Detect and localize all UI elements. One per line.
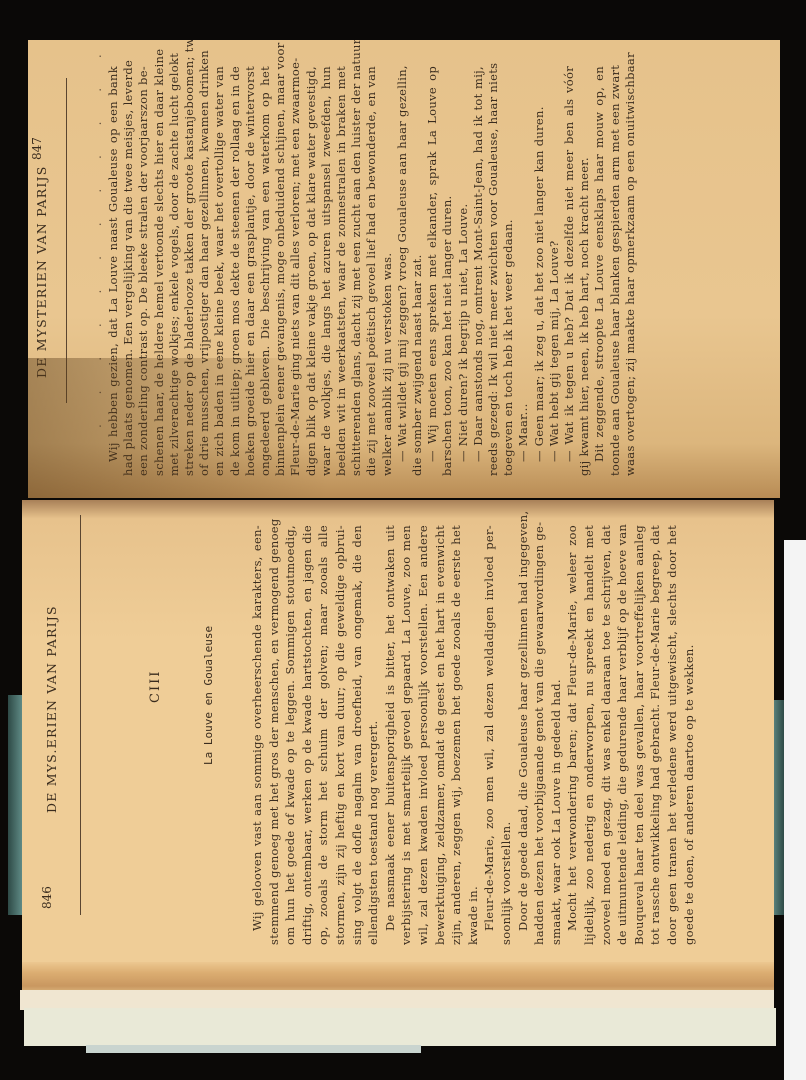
header-rule <box>80 515 81 915</box>
text-line: smaakt, waar ook La Louve in gedeeld had… <box>549 679 563 945</box>
text-line: Wij hebben gezien, dat La Louve naast Go… <box>106 66 120 462</box>
text-line: sing volgt de dofle nagalm van droefheid… <box>350 525 364 945</box>
page-edges <box>22 962 774 992</box>
page-846: 846 DE MYS.ERIEN VAN PARIJS CIII La Louv… <box>22 500 774 965</box>
text-line: hadden dezen het voorbijgaande genot van… <box>532 525 546 945</box>
text-line: een zonderling contrast op. De bleeke st… <box>136 66 150 476</box>
text-line: ongedeerd gebleven. Die beschrijving van… <box>258 66 272 476</box>
text-line: digen blik op dat kleine vakje groen, op… <box>304 66 318 476</box>
book-edge-left <box>8 695 22 915</box>
text-line: Fleur-de-Marie, zoo men wil, zal dezen w… <box>482 525 496 931</box>
text-line: stormen, zijn zij heftig en kort van duu… <box>333 525 347 945</box>
text-line: welker aanblik zij nu verstoken was. <box>380 253 394 476</box>
text-line: — Wat ik tegen u heb? Dat ik dezelfde ni… <box>562 66 576 462</box>
text-line: binnenplein eener gevangenis, moge onbed… <box>273 66 287 476</box>
text-line: — Wat wildet gij mij zeggen? vroeg Goual… <box>395 66 409 462</box>
text-line: — Niet duren? ik begrijp u niet, La Louv… <box>456 204 470 462</box>
text-line: schenen haar, de heldere hemel vertoonde… <box>152 66 166 476</box>
page-847-text: 847 DE MYSTERIEN VAN PARIJS . . . . . . … <box>28 40 780 498</box>
text-line: tot rassche ontwikkeling had gebracht. F… <box>648 525 662 945</box>
scanner-bed <box>784 540 806 1080</box>
endpaper <box>24 1008 776 1046</box>
text-line: had plaats genomen. Een vergelijking van… <box>121 66 135 476</box>
text-line: Mocht het verwondering baren; dat Fleur-… <box>565 525 579 931</box>
text-line: hoeken groeide hier en daar een grasplan… <box>243 66 257 476</box>
text-line: en zich baden in eene kleine beek, waar … <box>212 66 226 476</box>
text-line: verbijstering is met smartelijk gevoel g… <box>399 525 413 945</box>
text-line: toonde aan Goualeuse haar blanken gespie… <box>608 66 622 476</box>
text-line: soonlijk voorstellen. <box>499 822 513 945</box>
text-line: waar de wolkjes, die langs het azuren ui… <box>319 66 333 476</box>
text-line: Door de goede daad, die Goualeuse haar g… <box>516 525 530 931</box>
text-line: zijn, anderen, zeggen wij, boezemen het … <box>449 525 463 945</box>
text-line: Bouqueval haar ten deel was gevallen, ha… <box>632 525 646 945</box>
page-846-text: 846 DE MYS.ERIEN VAN PARIJS CIII La Louv… <box>22 500 774 965</box>
text-line: die somber zwijgend naast haar zat. <box>410 254 424 476</box>
text-line: schitterenden glans, dacht zij met een z… <box>349 66 363 476</box>
text-line: met zilverachtige wolkjes; enkele vogels… <box>167 66 181 476</box>
section-separator: . . . . . . . . . . . . . . . . . . . . … <box>90 40 104 428</box>
text-line: zooveel moed en gezag, dit was enkel daa… <box>599 525 613 945</box>
text-line: Dit zeggende, stroopte La Louve eensklap… <box>592 66 606 462</box>
text-line: gij kwamt hier, neen, ik heb hart, noch … <box>577 157 591 476</box>
text-line: barschen toon, zoo kan het niet langer d… <box>440 195 454 476</box>
text-line: beelden wit in weerkaatsten, waar de zon… <box>334 66 348 476</box>
text-line: de kom in uitliep; groen mos dekte de st… <box>228 66 242 476</box>
text-line: wil, zal dezen kwaden invloed persoonlij… <box>416 525 430 945</box>
text-line: die zij met zooveel poëtisch gevoel lief… <box>364 66 378 476</box>
text-line: door geen tranen het verledene werd uitg… <box>665 525 679 945</box>
text-line: — Wat hebt gij tegen mij, La Louve? <box>547 241 561 462</box>
text-line: kwade in. <box>466 886 480 945</box>
book-cover-top <box>0 0 806 40</box>
text-line: De nasmaak eener buitensporigheid is bit… <box>383 525 397 931</box>
text-line: goede te doen, of anderen daartoe op te … <box>682 644 696 945</box>
page-847: 847 DE MYSTERIEN VAN PARIJS . . . . . . … <box>28 40 780 498</box>
endpaper-bottom-strip <box>86 1045 421 1053</box>
header-rule <box>66 78 67 403</box>
text-line: reeds gezegd: Ik wil niet meer zwichten … <box>486 66 500 476</box>
text-line: lijdelijk, zoo nederig en onderworpen, n… <box>582 525 596 945</box>
text-line: waas overtogen; zij maakte haar opmerkza… <box>623 52 637 476</box>
text-line: op, zooals de storm het schuim der golve… <box>316 525 330 945</box>
text-line: ellendigsten toestand nog verergert. <box>366 720 380 945</box>
text-line: stemmend genoeg met het gros der mensche… <box>267 525 281 945</box>
text-line: — Wij moeten eens spreken met elkander, … <box>425 66 439 462</box>
text-line: of drie musschen, vrijpostiger dan haar … <box>197 66 211 476</box>
text-line: — Geen maar; ik zeg u, dat het zoo niet … <box>532 106 546 462</box>
text-line: toegeven en toch heb ik het weer gedaan. <box>501 219 515 476</box>
text-line: de uitmuntende leiding, die gedurende ha… <box>615 525 629 945</box>
page-number: 846 <box>40 886 54 909</box>
running-title: DE MYS.ERIEN VAN PARIJS <box>44 605 59 813</box>
text-line: bewerktuiging, zeldzamer, omdat de geest… <box>433 525 447 945</box>
text-line: driftig, ontembaar, werken op de kwade h… <box>300 525 314 945</box>
chapter-title: La Louve en Goualeuse <box>202 626 215 765</box>
text-line: Fleur-de-Marie ging niets van dit alles … <box>288 66 302 476</box>
page-number: 847 <box>30 137 44 160</box>
text-line: — Daar aanstonds nog, omtrent Mont-Saint… <box>471 66 485 462</box>
text-line: streken neder op de bladerlooze takken d… <box>182 66 196 476</box>
text-line: Wij gelooven vast aan sommige overheersc… <box>250 525 264 931</box>
text-line: — Maar... <box>516 403 530 462</box>
chapter-number: CIII <box>148 670 163 703</box>
running-title: DE MYSTERIEN VAN PARIJS <box>34 165 49 378</box>
flyleaf-edge <box>20 990 774 1010</box>
text-line: om hun het goede of kwade op te leggen. … <box>283 525 297 945</box>
